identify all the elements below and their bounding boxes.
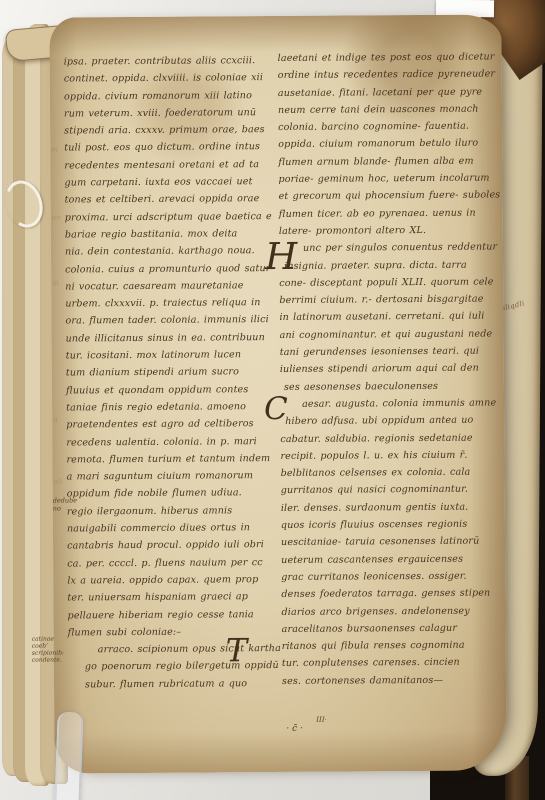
text-line: belblitanos celsenses ex colonia. cala [280,464,496,483]
text-line: tones et celtiberi. arevaci oppida orae [65,190,271,209]
initial-letter-C: C [264,394,288,425]
text-line: tani gerundenses iesonienses teari. qui [280,343,496,362]
page-weight-strip [54,712,83,800]
initial-letter-T: T [226,634,248,666]
text-line: tur. icositani. mox latinorum lucen [66,346,272,365]
text-line: iler. denses. surdaonum gentis iuxta. [281,498,497,517]
text-line: ipsa. praeter. contributas aliis ccxciii… [64,52,270,71]
manuscript-page: ipsa. praeter. contributas aliis ccxciii… [49,14,506,773]
text-line: diarios arco brigenses. andelonensey [281,602,497,621]
text-line: gum carpetani. iuxta eos vaccaei uet [64,173,270,192]
text-line: laeetani et indige tes post eos quo dice… [278,48,494,67]
text-line: berrimi ciuium. r.- dertosani bisgargita… [279,291,495,310]
text-line: condente. [32,656,64,663]
text-line: ueterum cascantenses ergauicenses [281,550,497,569]
text-line: ritanos qui fibula renses cognomina [282,637,498,656]
text-line: tur. conplutenses carenses. cincien [282,654,498,673]
text-line: no [53,505,77,513]
text-line: ani cognominantur. et qui augustani nede [280,325,496,344]
quire-signature: · c̄ · [286,724,303,734]
text-line: ordine intus recedentes radice pyreneude… [278,66,494,85]
initial-letter-H: H [265,238,298,275]
text-line: oppidum fide nobile flumen udiua. [67,484,273,503]
text-line: cone- disceptant populi XLII. quorum cel… [279,273,495,292]
text-line: tuli post. eos quo dictum. ordine intus [64,139,270,158]
text-line: tum dianium stipendi arium sucro [66,363,272,382]
text-line: lx a uareia. oppido capax. quem prop [67,571,273,590]
text-line: recedentes mentesani oretani et ad ta [64,156,270,175]
text-line: a mari saguntum ciuium romanorum [67,467,273,486]
text-line: grac curritanos leonicenses. ossiger. [281,567,497,586]
text-line: aracelitanos bursaonenses calagur [282,619,498,638]
text-line: ses aesonenses baeculonenses [280,377,496,396]
text-line: quos icoris fluuius oscenses regionis [281,515,497,534]
ink-bleed-marks: manm̄qali [49,14,501,17]
text-line: aesar. augusta. colonia immunis amne [280,394,496,413]
text-column-right: laeetani et indige tes post eos quo dice… [278,48,498,689]
text-line: oppida. ciuium romanorum betulo iluro [278,135,494,154]
text-line: cantabris haud procul. oppido iuli obri [67,536,273,555]
text-line: subur. flumen rubricatum a quo [68,675,274,694]
text-line: gurritanos qui nasici cognominantur. [281,481,497,500]
text-line: ali [54,478,63,486]
text-line: m [51,146,58,154]
text-line: recipit. populos l. u. ex his ciuium r̄. [280,446,496,465]
text-line: urbem. clxxxvii. p. traiectus reliqua in [65,294,271,313]
text-line: stipendi aria. cxxxv. primum orae, baes [64,121,270,140]
text-line: et grecorum qui phocensium fuere- subole… [279,187,495,206]
margin-gloss-lower: catinaecoeb’scripionib:condente. [32,636,64,664]
text-line: in latinorum ausetani. cerretani. qui iu… [279,308,495,327]
text-line: hibero adfusa. ubi oppidum antea uo [280,412,496,431]
folio-mark: III· [316,716,327,724]
text-line: insignia. praeter. supra. dicta. tarra [279,256,495,275]
text-line: recedens ualentia. colonia. in p. mari [66,433,272,452]
text-line: unc per singulos conuentus reddentur [279,239,495,258]
text-line: nia. dein contestania. karthago noua. [65,242,271,261]
text-line: rum veterum. xviii. foederatorum unū [64,104,270,123]
manuscript-photograph: aliqdli ipsa. praeter. contributas aliis… [0,0,545,800]
text-line: colonia. barcino cognomine- fauentia. [278,118,494,137]
text-line: nauigabili commercio diues ortus in [67,519,273,538]
text-line: ca. per. ccccl. p. fluens nauium per cc [67,554,273,573]
text-line: taniae finis regio edetania. amoeno [66,398,272,417]
text-line: ni vocatur. caesaream mauretaniae [65,277,271,296]
text-line: an [52,214,61,222]
text-column-left: ipsa. praeter. contributas aliis ccxciii… [64,52,274,693]
text-line: continet. oppida. clxviiii. is coloniae … [64,69,270,88]
text-line: ses. cortonenses damanitanos— [282,671,498,690]
text-line: ter. uniuersam hispaniam graeci ap [67,588,273,607]
text-line: colonia. cuius a promunturio quod satur [65,260,271,279]
text-line: oppida. civium romanorum xiii latino [64,87,270,106]
text-line: bariae regio bastitania. mox deita [65,225,271,244]
text-line: latere- promontori altero XL. [279,221,495,240]
text-line: unde illicitanus sinus in ea. contribuun [66,329,272,348]
text-line: pellauere hiberiam regio cesse tania [67,606,273,625]
text-line: remota. flumen turium et tantum indem [66,450,272,469]
text-line: praetendentes est agro ad celtiberos [66,415,272,434]
text-line: uescitaniae- taruia cesonenses latinorū [281,533,497,552]
text-line: flumen arnum blande- flumen alba em [278,152,494,171]
text-line: flumen ticer. ab eo pyrenaea. uenus in [279,204,495,223]
text-line: poriae- geminum hoc, ueterum incolarum [278,170,494,189]
text-line: neum cerre tani dein uascones monach [278,100,494,119]
text-line: q [53,416,58,424]
margin-gloss-upper: dedubeno [53,497,77,512]
margin-note-next-page: aliqdli [500,299,525,312]
text-line: cabatur. saldubia. regionis sedetaniae [280,429,496,448]
text-line: proxima. urci adscriptum quae baetica e [65,208,271,227]
text-line: fluuius et quondam oppidum contes [66,381,272,400]
text-line: m̄ [52,280,59,288]
text-line: regio ilergaonum. hiberus amnis [67,502,273,521]
text-line: ausetaniae. fitani. lacetani per que pyr… [278,83,494,102]
text-line: ora. flumen tader. colonia. immunis ilic… [65,311,271,330]
text-line: iulienses stipendi ariorum aqui cal den [280,360,496,379]
text-line: denses foederatos tarraga. genses stipen [281,585,497,604]
